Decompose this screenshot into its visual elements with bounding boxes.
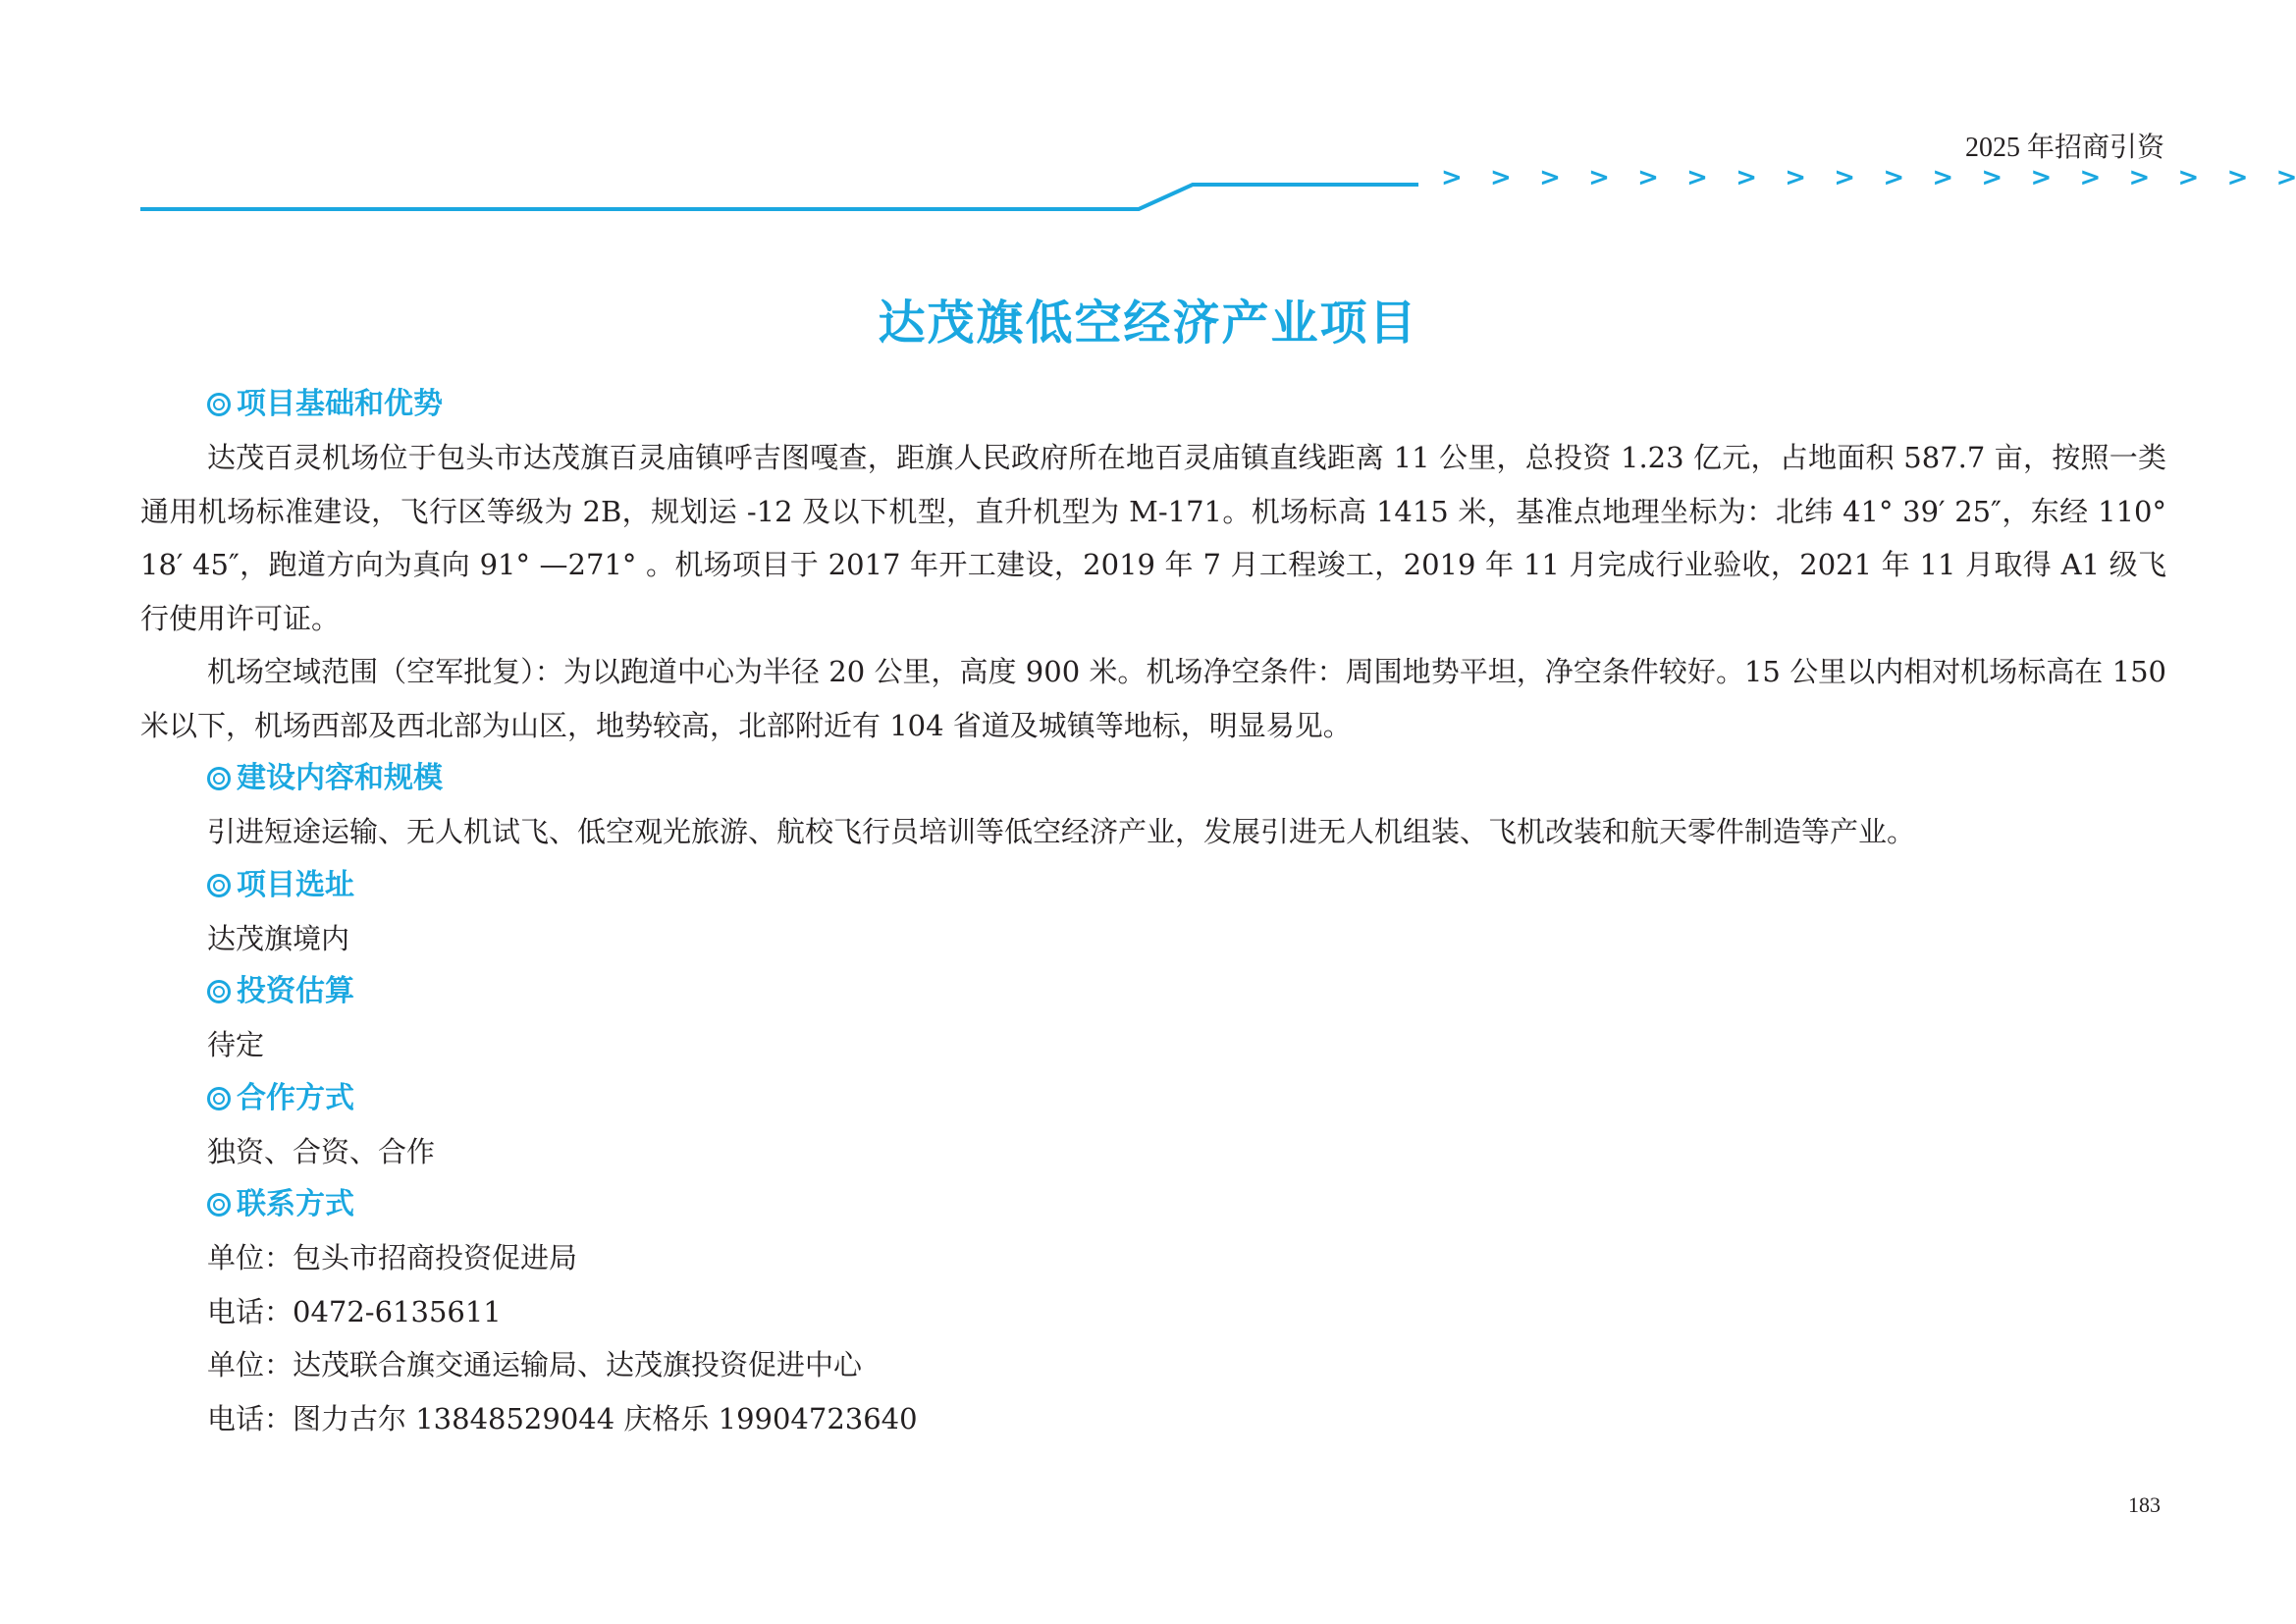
paragraph: 引进短途运输、无人机试飞、低空观光旅游、航校飞行员培训等低空经济产业，发展引进无…	[140, 805, 2166, 859]
contact-unit-2: 单位：达茂联合旗交通运输局、达茂旗投资促进中心	[140, 1338, 2166, 1392]
contact-unit-1: 单位：包头市招商投资促进局	[140, 1231, 2166, 1285]
section-heading-contact: 联系方式	[207, 1178, 2166, 1231]
document-body: 项目基础和优势 达茂百灵机场位于包头市达茂旗百灵庙镇呼吉图嘎查，距旗人民政府所在…	[140, 378, 2166, 1445]
section-heading-label: 项目基础和优势	[237, 378, 443, 431]
contact-phone-2: 电话：图力古尔 13848529044 庆格乐 19904723640	[140, 1392, 2166, 1446]
chevron-decoration: > > > > > > > > > > > > > > > > > > > > …	[1441, 163, 2167, 192]
paragraph: 达茂旗境内	[140, 912, 2166, 966]
double-circle-icon	[207, 767, 231, 790]
paragraph: 独资、合资、合作	[140, 1125, 2166, 1179]
section-heading-label: 合作方式	[237, 1072, 354, 1125]
section-heading-label: 项目选址	[237, 859, 354, 912]
paragraph: 机场空域范围（空军批复）：为以跑道中心为半径 20 公里，高度 900 米。机场…	[140, 645, 2166, 752]
section-heading-foundation: 项目基础和优势	[207, 378, 2166, 431]
section-heading-label: 建设内容和规模	[237, 752, 443, 805]
double-circle-icon	[207, 874, 231, 897]
section-heading-location: 项目选址	[207, 859, 2166, 912]
page-title: 达茂旗低空经济产业项目	[0, 285, 2296, 352]
section-heading-investment: 投资估算	[207, 965, 2166, 1018]
paragraph: 达茂百灵机场位于包头市达茂旗百灵庙镇呼吉图嘎查，距旗人民政府所在地百灵庙镇直线距…	[140, 431, 2166, 645]
paragraph: 待定	[140, 1018, 2166, 1072]
page-number: 183	[2128, 1492, 2161, 1518]
section-heading-construction: 建设内容和规模	[207, 752, 2166, 805]
double-circle-icon	[207, 1087, 231, 1110]
contact-phone-1: 电话：0472-6135611	[140, 1285, 2166, 1339]
double-circle-icon	[207, 393, 231, 416]
section-heading-label: 联系方式	[237, 1178, 354, 1231]
double-circle-icon	[207, 980, 231, 1003]
section-heading-label: 投资估算	[237, 965, 354, 1018]
double-circle-icon	[207, 1193, 231, 1217]
section-heading-cooperation: 合作方式	[207, 1072, 2166, 1125]
